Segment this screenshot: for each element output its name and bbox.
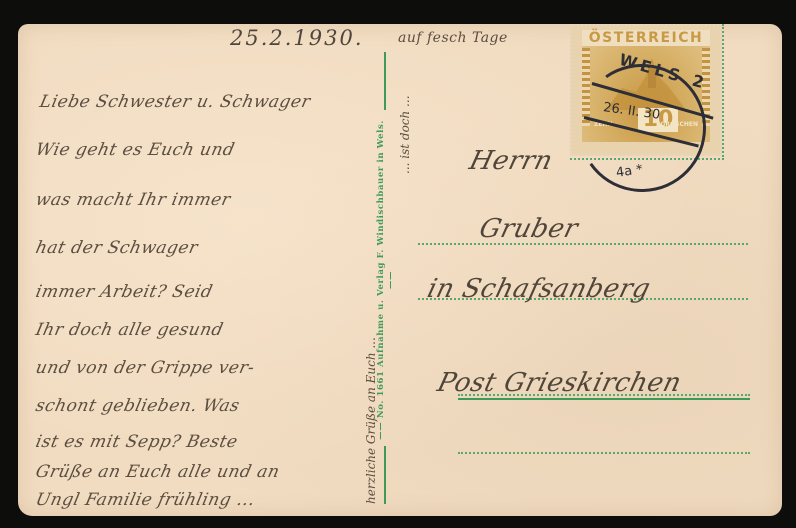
message-line: hat der Schwager bbox=[34, 238, 200, 258]
handwritten-top-note: auf fesch Tage bbox=[398, 30, 508, 46]
publisher-imprint: —— No. 1661 Aufnahme u. Verlag F. Windis… bbox=[376, 112, 396, 448]
address-underline bbox=[458, 398, 750, 400]
center-divider: —— No. 1661 Aufnahme u. Verlag F. Windis… bbox=[378, 52, 392, 504]
message-line: immer Arbeit? Seid bbox=[34, 282, 215, 302]
postcard: 25.2.1930. auf fesch Tage Liebe Schweste… bbox=[18, 24, 782, 516]
address-line-4 bbox=[458, 452, 750, 454]
message-line: Liebe Schwester u. Schwager bbox=[38, 92, 312, 112]
message-line: und von der Grippe ver- bbox=[34, 358, 257, 378]
address-name: Gruber bbox=[476, 214, 581, 244]
address-post-office: Post Grieskirchen bbox=[434, 368, 684, 398]
message-line: schont geblieben. Was bbox=[34, 396, 242, 416]
divider-rule bbox=[384, 52, 386, 110]
message-line: ist es mit Sepp? Beste bbox=[34, 432, 240, 452]
divider-rule bbox=[384, 446, 386, 504]
message-line: Grüße an Euch alle und an bbox=[34, 462, 282, 482]
address-locality: in Schafsanberg bbox=[424, 274, 653, 304]
vertical-margin-note: ... ist doch ... bbox=[398, 95, 412, 174]
address-salutation: Herrn bbox=[466, 146, 556, 176]
address-line-1 bbox=[418, 243, 748, 245]
stamp-country: ÖSTERREICH bbox=[582, 30, 710, 46]
message-line: was macht Ihr immer bbox=[34, 190, 233, 210]
handwritten-date: 25.2.1930. bbox=[230, 26, 364, 50]
message-line: Ungl Familie frühling ... bbox=[34, 490, 257, 510]
message-line: Wie geht es Euch und bbox=[34, 140, 237, 160]
message-line: Ihr doch alle gesund bbox=[34, 320, 225, 340]
